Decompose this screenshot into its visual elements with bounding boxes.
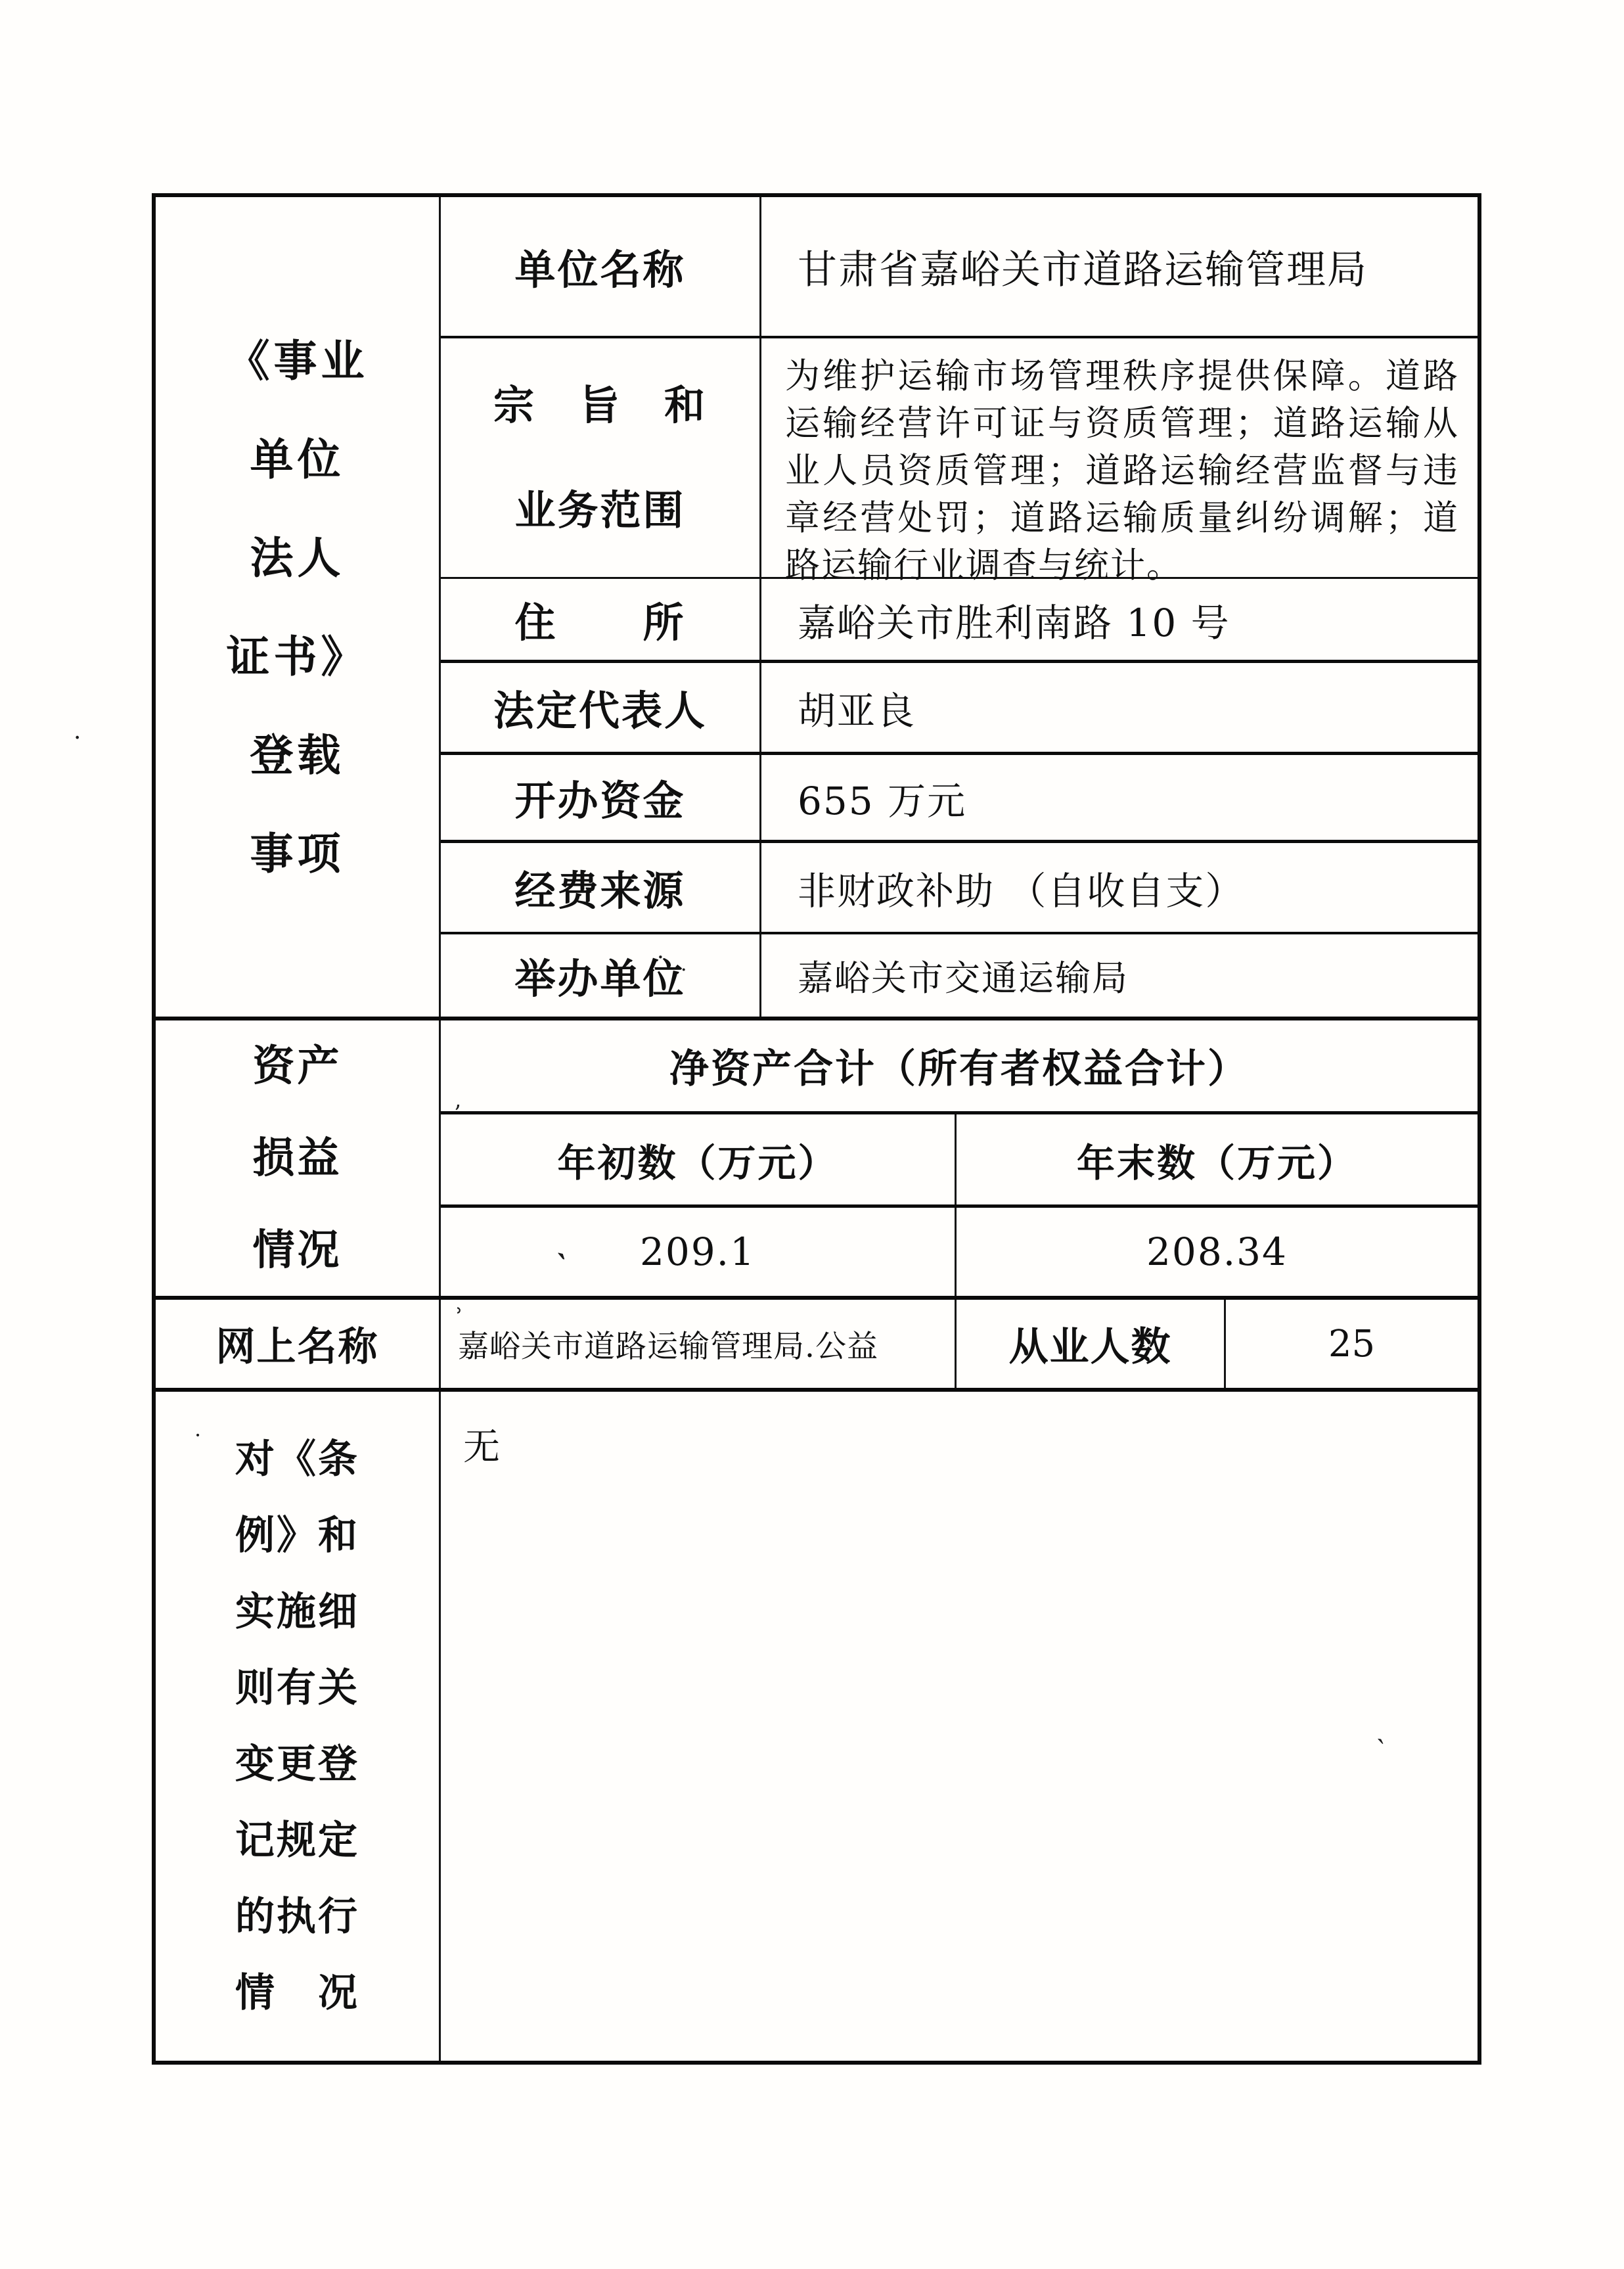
row-opening-capital: 开办资金 655 万元 [441, 755, 1477, 843]
certificate-items-section: 《事业 单位 法人 证书》 登载 事项 单位名称 甘肃省嘉峪关市道路运输管理局 … [156, 197, 1477, 1020]
row-purpose-scope: 宗 旨 和 业务范围 为维护运输市场管理秩序提供保障。道路运输经营许可证与资质管… [441, 338, 1477, 579]
purpose-scope-label: 宗 旨 和 业务范围 [441, 338, 761, 577]
address-label: 住 所 [441, 579, 761, 660]
row-legal-representative: 法定代表人 胡亚良 [441, 663, 1477, 755]
legal-representative-value: 胡亚良 [761, 663, 1477, 752]
sponsor-unit-value: 嘉峪关市交通运输局 [761, 934, 1477, 1017]
legal-representative-label: 法定代表人 [441, 663, 761, 752]
compliance-side-label: 对《条 例》和 实施细 则有关 变更登 记规定 的执行 情 况 [235, 1421, 359, 2031]
year-start-value: 209.1 [441, 1208, 957, 1296]
assets-section: 资产 损益 情况 净资产合计（所有者权益合计） 年初数（万元） 年末数（万元） … [156, 1020, 1477, 1300]
scanned-form-page: 《事业 单位 法人 证书》 登载 事项 单位名称 甘肃省嘉峪关市道路运输管理局 … [0, 0, 1624, 2269]
certificate-side-label-cell: 《事业 单位 法人 证书》 登载 事项 [156, 197, 441, 1017]
opening-capital-label: 开办资金 [441, 755, 761, 840]
staff-count-value: 25 [1226, 1300, 1477, 1388]
registration-form-table: 《事业 单位 法人 证书》 登载 事项 单位名称 甘肃省嘉峪关市道路运输管理局 … [152, 193, 1481, 2065]
year-start-header: 年初数（万元） [441, 1114, 957, 1204]
address-value: 嘉峪关市胜利南路 10 号 [761, 579, 1477, 660]
year-end-value: 208.34 [957, 1208, 1477, 1296]
staff-count-label: 从业人数 [957, 1300, 1226, 1388]
assets-rows: 净资产合计（所有者权益合计） 年初数（万元） 年末数（万元） 209.1 208… [441, 1020, 1477, 1296]
opening-capital-value: 655 万元 [761, 755, 1477, 840]
online-name-row: 网上名称 嘉峪关市道路运输管理局.公益 从业人数 25 [156, 1300, 1477, 1392]
funding-source-label: 经费来源 [441, 843, 761, 932]
row-sponsor-unit: 举办单位 嘉峪关市交通运输局 [441, 934, 1477, 1017]
funding-source-value: 非财政补助 （自收自支） [761, 843, 1477, 932]
purpose-scope-value: 为维护运输市场管理秩序提供保障。道路运输经营许可证与资质管理；道路运输从业人员资… [761, 338, 1477, 577]
compliance-value: 无 [441, 1392, 1477, 2061]
row-address: 住 所 嘉峪关市胜利南路 10 号 [441, 579, 1477, 663]
compliance-section: 对《条 例》和 实施细 则有关 变更登 记规定 的执行 情 况 无 [156, 1392, 1477, 2061]
row-funding-source: 经费来源 非财政补助 （自收自支） [441, 843, 1477, 934]
assets-values-row: 209.1 208.34 [441, 1208, 1477, 1296]
assets-side-label: 资产 损益 情况 [253, 1020, 342, 1296]
assets-column-headers: 年初数（万元） 年末数（万元） [441, 1114, 1477, 1208]
certificate-rows: 单位名称 甘肃省嘉峪关市道路运输管理局 宗 旨 和 业务范围 为维护运输市场管理… [441, 197, 1477, 1017]
row-unit-name: 单位名称 甘肃省嘉峪关市道路运输管理局 [441, 197, 1477, 338]
net-assets-header: 净资产合计（所有者权益合计） [441, 1020, 1477, 1114]
online-name-value: 嘉峪关市道路运输管理局.公益 [441, 1300, 957, 1388]
unit-name-label: 单位名称 [441, 197, 761, 336]
year-end-header: 年末数（万元） [957, 1114, 1477, 1204]
assets-side-label-cell: 资产 损益 情况 [156, 1020, 441, 1296]
certificate-side-label: 《事业 单位 法人 证书》 登载 事项 [227, 311, 369, 903]
scan-artifact: · [74, 727, 81, 750]
compliance-side-label-cell: 对《条 例》和 实施细 则有关 变更登 记规定 的执行 情 况 [156, 1392, 441, 2061]
unit-name-value: 甘肃省嘉峪关市道路运输管理局 [761, 197, 1477, 336]
online-name-label: 网上名称 [156, 1300, 441, 1388]
sponsor-unit-label: 举办单位 [441, 934, 761, 1017]
